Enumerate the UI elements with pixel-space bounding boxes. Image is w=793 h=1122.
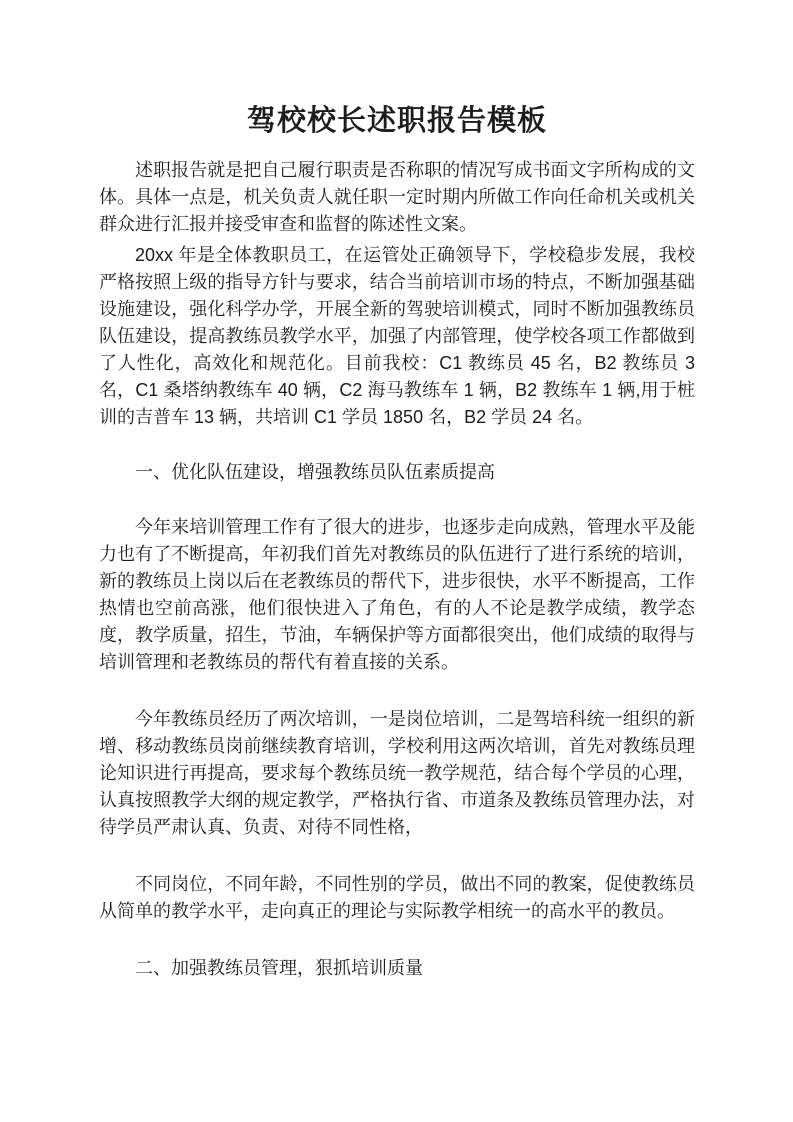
section-heading-2: 二、加强教练员管理，狠抓培训质量 — [99, 955, 695, 982]
section1-paragraph-3: 不同岗位，不同年龄，不同性别的学员，做出不同的教案，促使教练员从简单的教学水平，… — [99, 871, 695, 925]
document-page: 驾校校长述职报告模板 述职报告就是把自己履行职责是否称职的情况写成书面文字所构成… — [0, 0, 793, 1122]
intro-paragraph: 述职报告就是把自己履行职责是否称职的情况写成书面文字所构成的文体。具体一点是，机… — [99, 157, 695, 238]
document-title-text: 驾校校长述职报告模板 — [247, 105, 547, 137]
section1-paragraph-2: 今年教练员经历了两次培训，一是岗位培训，二是驾培科统一组织的新增、移动教练员岗前… — [99, 706, 695, 841]
overview-paragraph: 20xx 年是全体教职员工，在运管处正确领导下，学校稳步发展，我校严格按照上级的… — [99, 242, 695, 431]
section1-paragraph-1: 今年来培训管理工作有了很大的进步，也逐步走向成熟，管理水平及能力也有了不断提高，… — [99, 514, 695, 676]
document-title: 驾校校长述职报告模板 — [99, 102, 695, 140]
section-heading-1: 一、优化队伍建设，增强教练员队伍素质提高 — [99, 459, 695, 486]
